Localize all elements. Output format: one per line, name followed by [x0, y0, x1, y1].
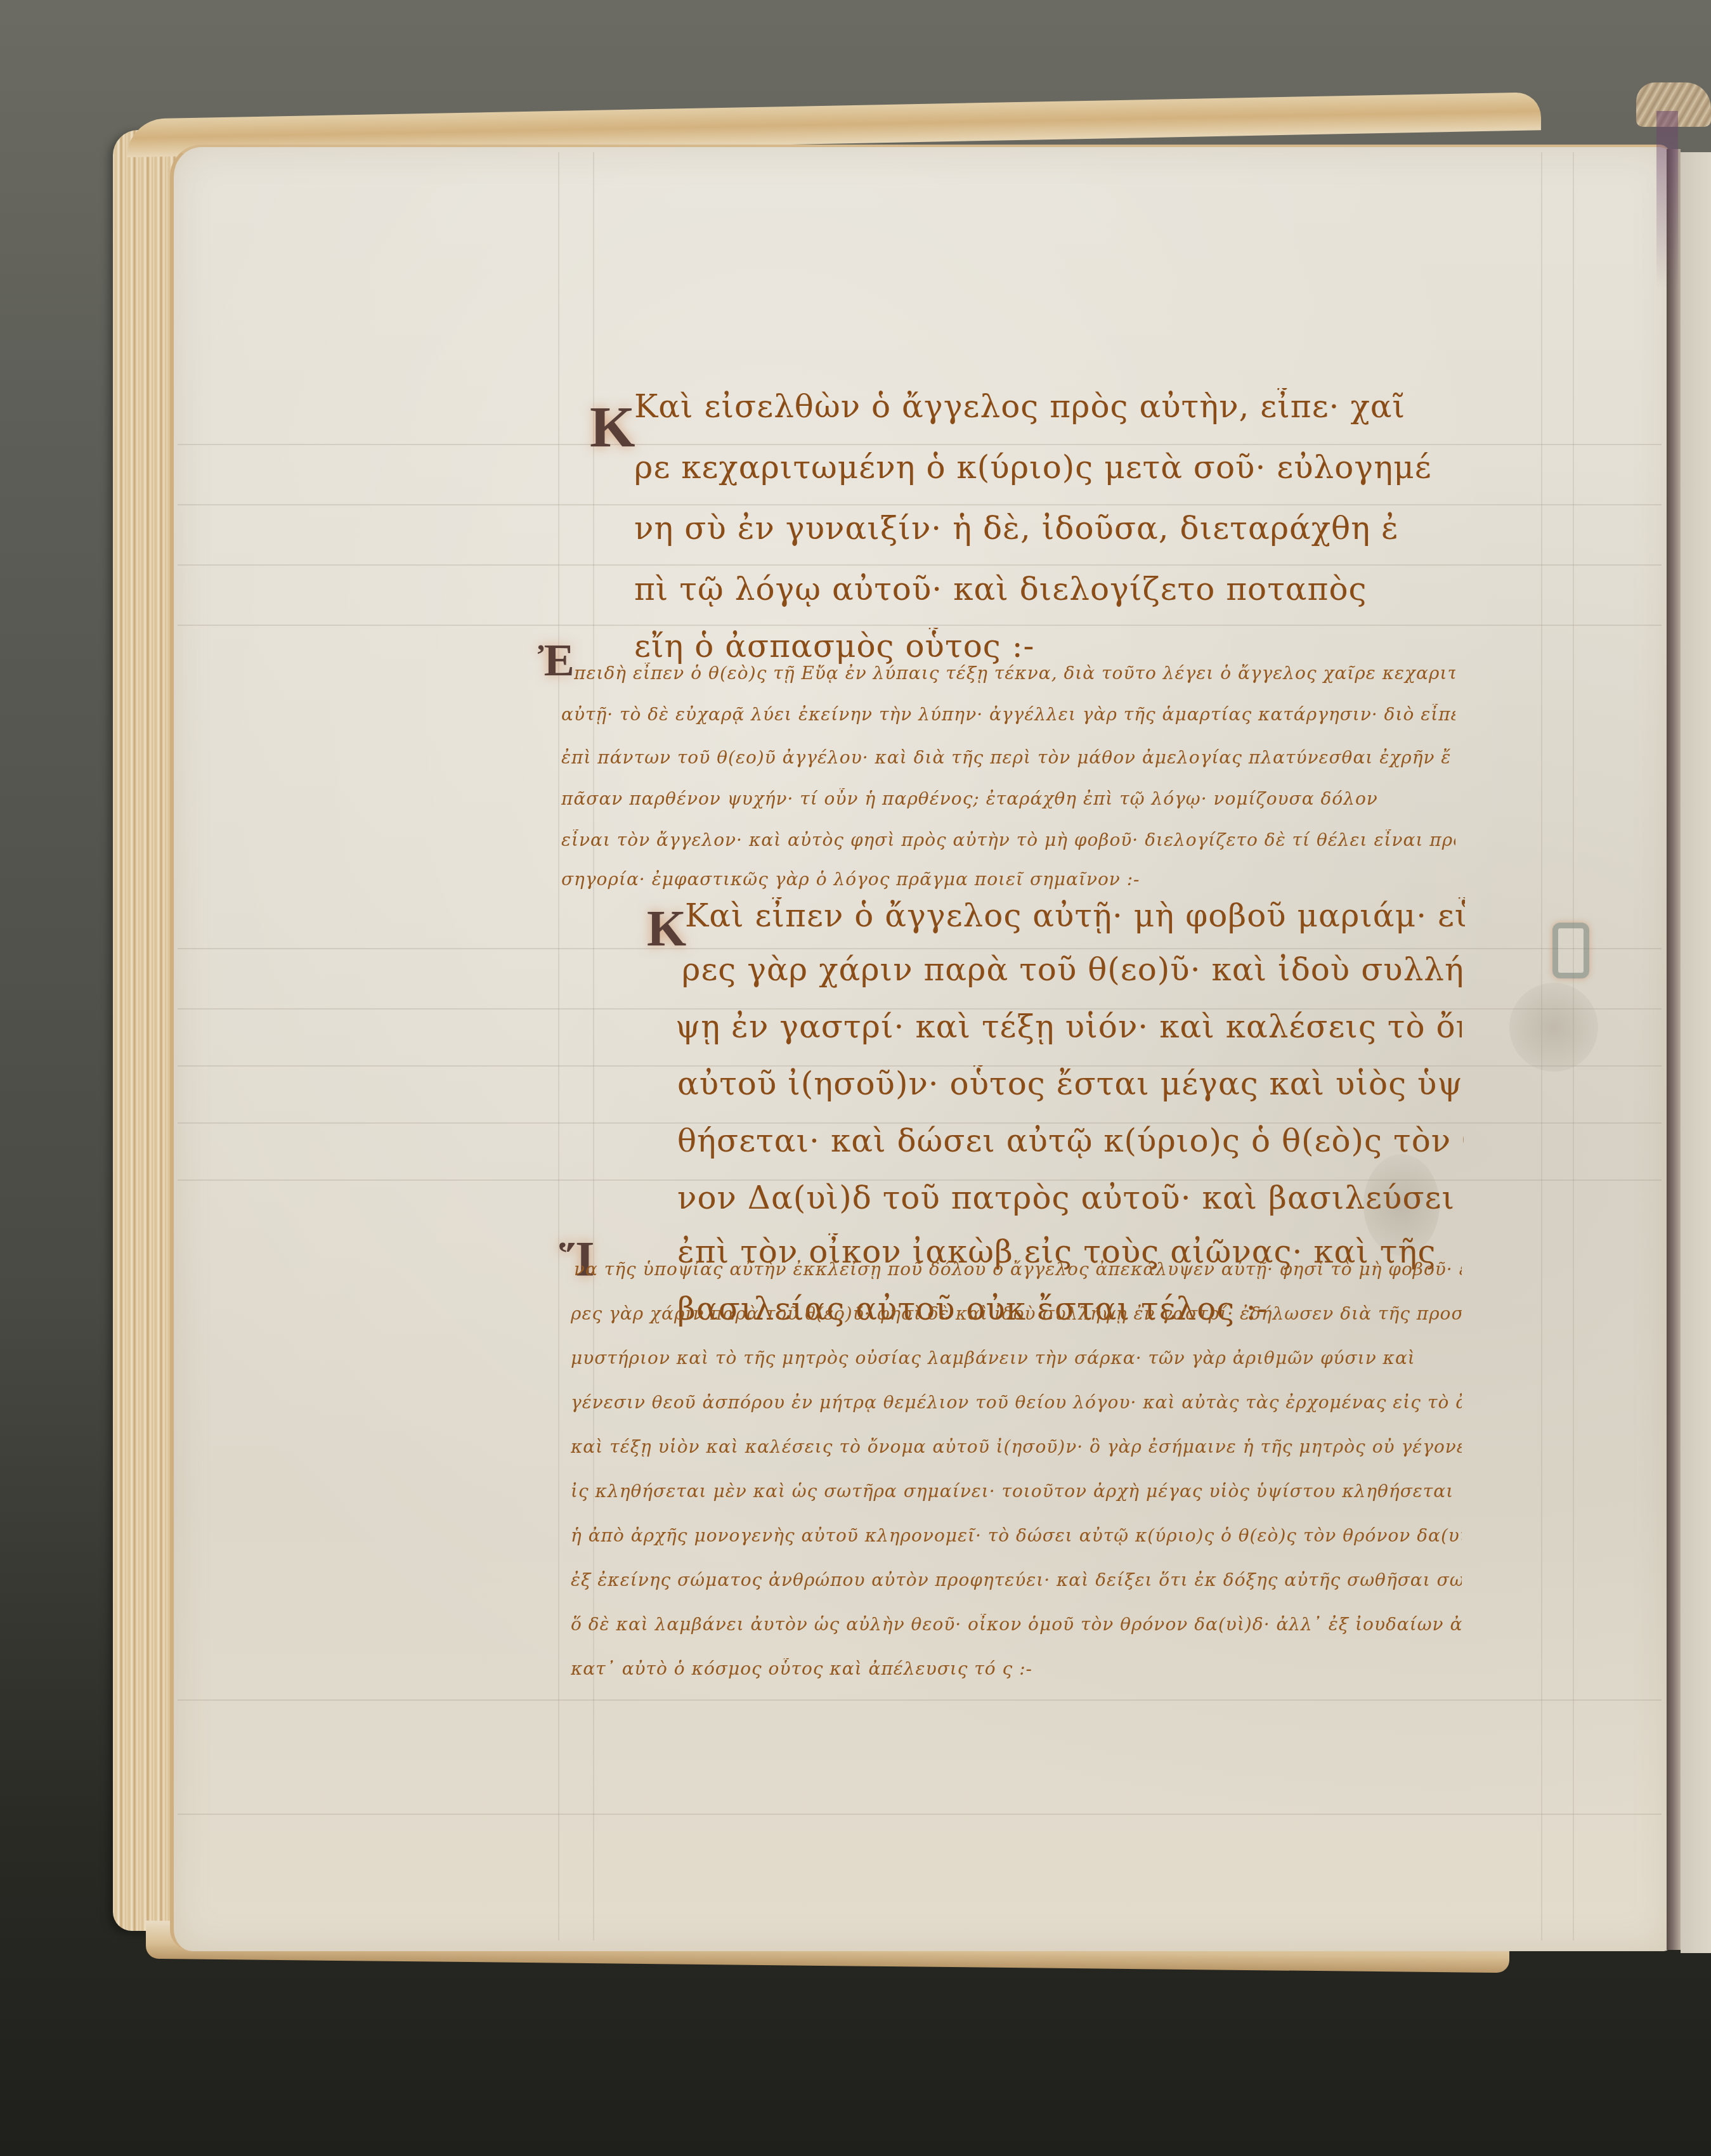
commentary-line: ἰς κληθήσεται μὲν καὶ ὡς σωτῆρα σημαίνει…	[571, 1481, 1462, 1502]
commentary-line: γένεσιν θεοῦ ἀσπόρου ἐν μήτρᾳ θεμέλιον τ…	[571, 1392, 1462, 1413]
initial-letter: Ἐ	[538, 634, 575, 687]
lemma-line: εἴη ὁ ἀσπασμὸς οὗτος :-	[634, 628, 1446, 665]
commentary-line: σηγορία· ἐμφαστικῶς γὰρ ὁ λόγος πρᾶγμα π…	[561, 869, 1455, 890]
commentary-line: ρες γὰρ χάριν παρὰ τοῦ θ(εο)ῦ· φησὶ δὲ κ…	[571, 1303, 1462, 1324]
initial-letter: Κ	[647, 900, 686, 958]
commentary-line: καὶ τέξῃ υἱὸν καὶ καλέσεις τὸ ὄνομα αὐτο…	[571, 1436, 1462, 1457]
lemma-line: νον Δα(υὶ)δ τοῦ πατρὸς αὐτοῦ· καὶ βασιλε…	[677, 1179, 1464, 1216]
initial-letter: Κ	[590, 393, 635, 460]
lemma-line: ρες γὰρ χάριν παρὰ τοῦ θ(εο)ῦ· καὶ ἰδοὺ …	[682, 951, 1462, 988]
commentary-line: ἐπὶ πάντων τοῦ θ(εο)ῦ ἀγγέλου· καὶ διὰ τ…	[561, 747, 1455, 768]
commentary-line: αὐτῇ· τὸ δὲ εὐχαρᾷ λύει ἐκείνην τὴν λύπη…	[561, 704, 1455, 725]
commentary-line: κατ᾽ αὐτὸ ὁ κόσμος οὗτος καὶ ἀπέλευσις τ…	[571, 1658, 1205, 1679]
commentary-line: πειδὴ εἶπεν ὁ θ(εὸ)ς τῇ Εὔᾳ ἐν λύπαις τέ…	[574, 663, 1455, 684]
lemma-line: Καὶ εἶπεν ὁ ἄγγελος αὐτῇ· μὴ φοβοῦ μαριά…	[685, 897, 1465, 934]
text-block: Κ Καὶ εἰσελθὼν ὁ ἄγγελος πρὸς αὐτὴν, εἶπ…	[0, 0, 1711, 2156]
commentary-line: ὅ δὲ καὶ λαμβάνει ἀυτὸν ὡς αὐλὴν θεοῦ· ο…	[571, 1614, 1462, 1635]
lemma-line: ρε κεχαριτωμένη ὁ κ(ύριο)ς μετὰ σοῦ· εὐλ…	[634, 449, 1446, 486]
lemma-line: αὐτοῦ ἰ(ησοῦ)ν· οὗτος ἔσται μέγας καὶ υἱ…	[677, 1065, 1464, 1102]
commentary-line: πᾶσαν παρθένον ψυχήν· τί οὖν ἡ παρθένος;…	[561, 788, 1455, 809]
lemma-line: ψῃ ἐν γαστρί· καὶ τέξῃ υἱόν· καὶ καλέσει…	[675, 1008, 1462, 1045]
lemma-line: Καὶ εἰσελθὼν ὁ ἄγγελος πρὸς αὐτὴν, εἶπε·…	[634, 388, 1446, 425]
lemma-line: θήσεται· καὶ δώσει αὐτῷ κ(ύριο)ς ὁ θ(εὸ)…	[677, 1122, 1464, 1159]
lemma-line: νη σὺ ἐν γυναιξίν· ἡ δὲ, ἰδοῦσα, διεταρά…	[634, 510, 1446, 547]
commentary-line: να τῆς ὑποψίας αὐτὴν ἐκκλείσῃ ποῦ δόλου …	[574, 1259, 1462, 1280]
commentary-line: ἡ ἀπὸ ἀρχῆς μονογενὴς αὐτοῦ κληρονομεῖ· …	[571, 1525, 1462, 1546]
lemma-line: πὶ τῷ λόγῳ αὐτοῦ· καὶ διελογίζετο ποταπὸ…	[634, 571, 1446, 607]
commentary-line: εἶναι τὸν ἄγγελον· καὶ αὐτὸς φησὶ πρὸς α…	[561, 829, 1455, 850]
commentary-line: ἐξ ἐκείνης σώματος ἀνθρώπου αὐτὸν προφητ…	[571, 1569, 1462, 1590]
commentary-line: μυστήριον καὶ τὸ τῆς μητρὸς οὐσίας λαμβά…	[571, 1347, 1462, 1368]
